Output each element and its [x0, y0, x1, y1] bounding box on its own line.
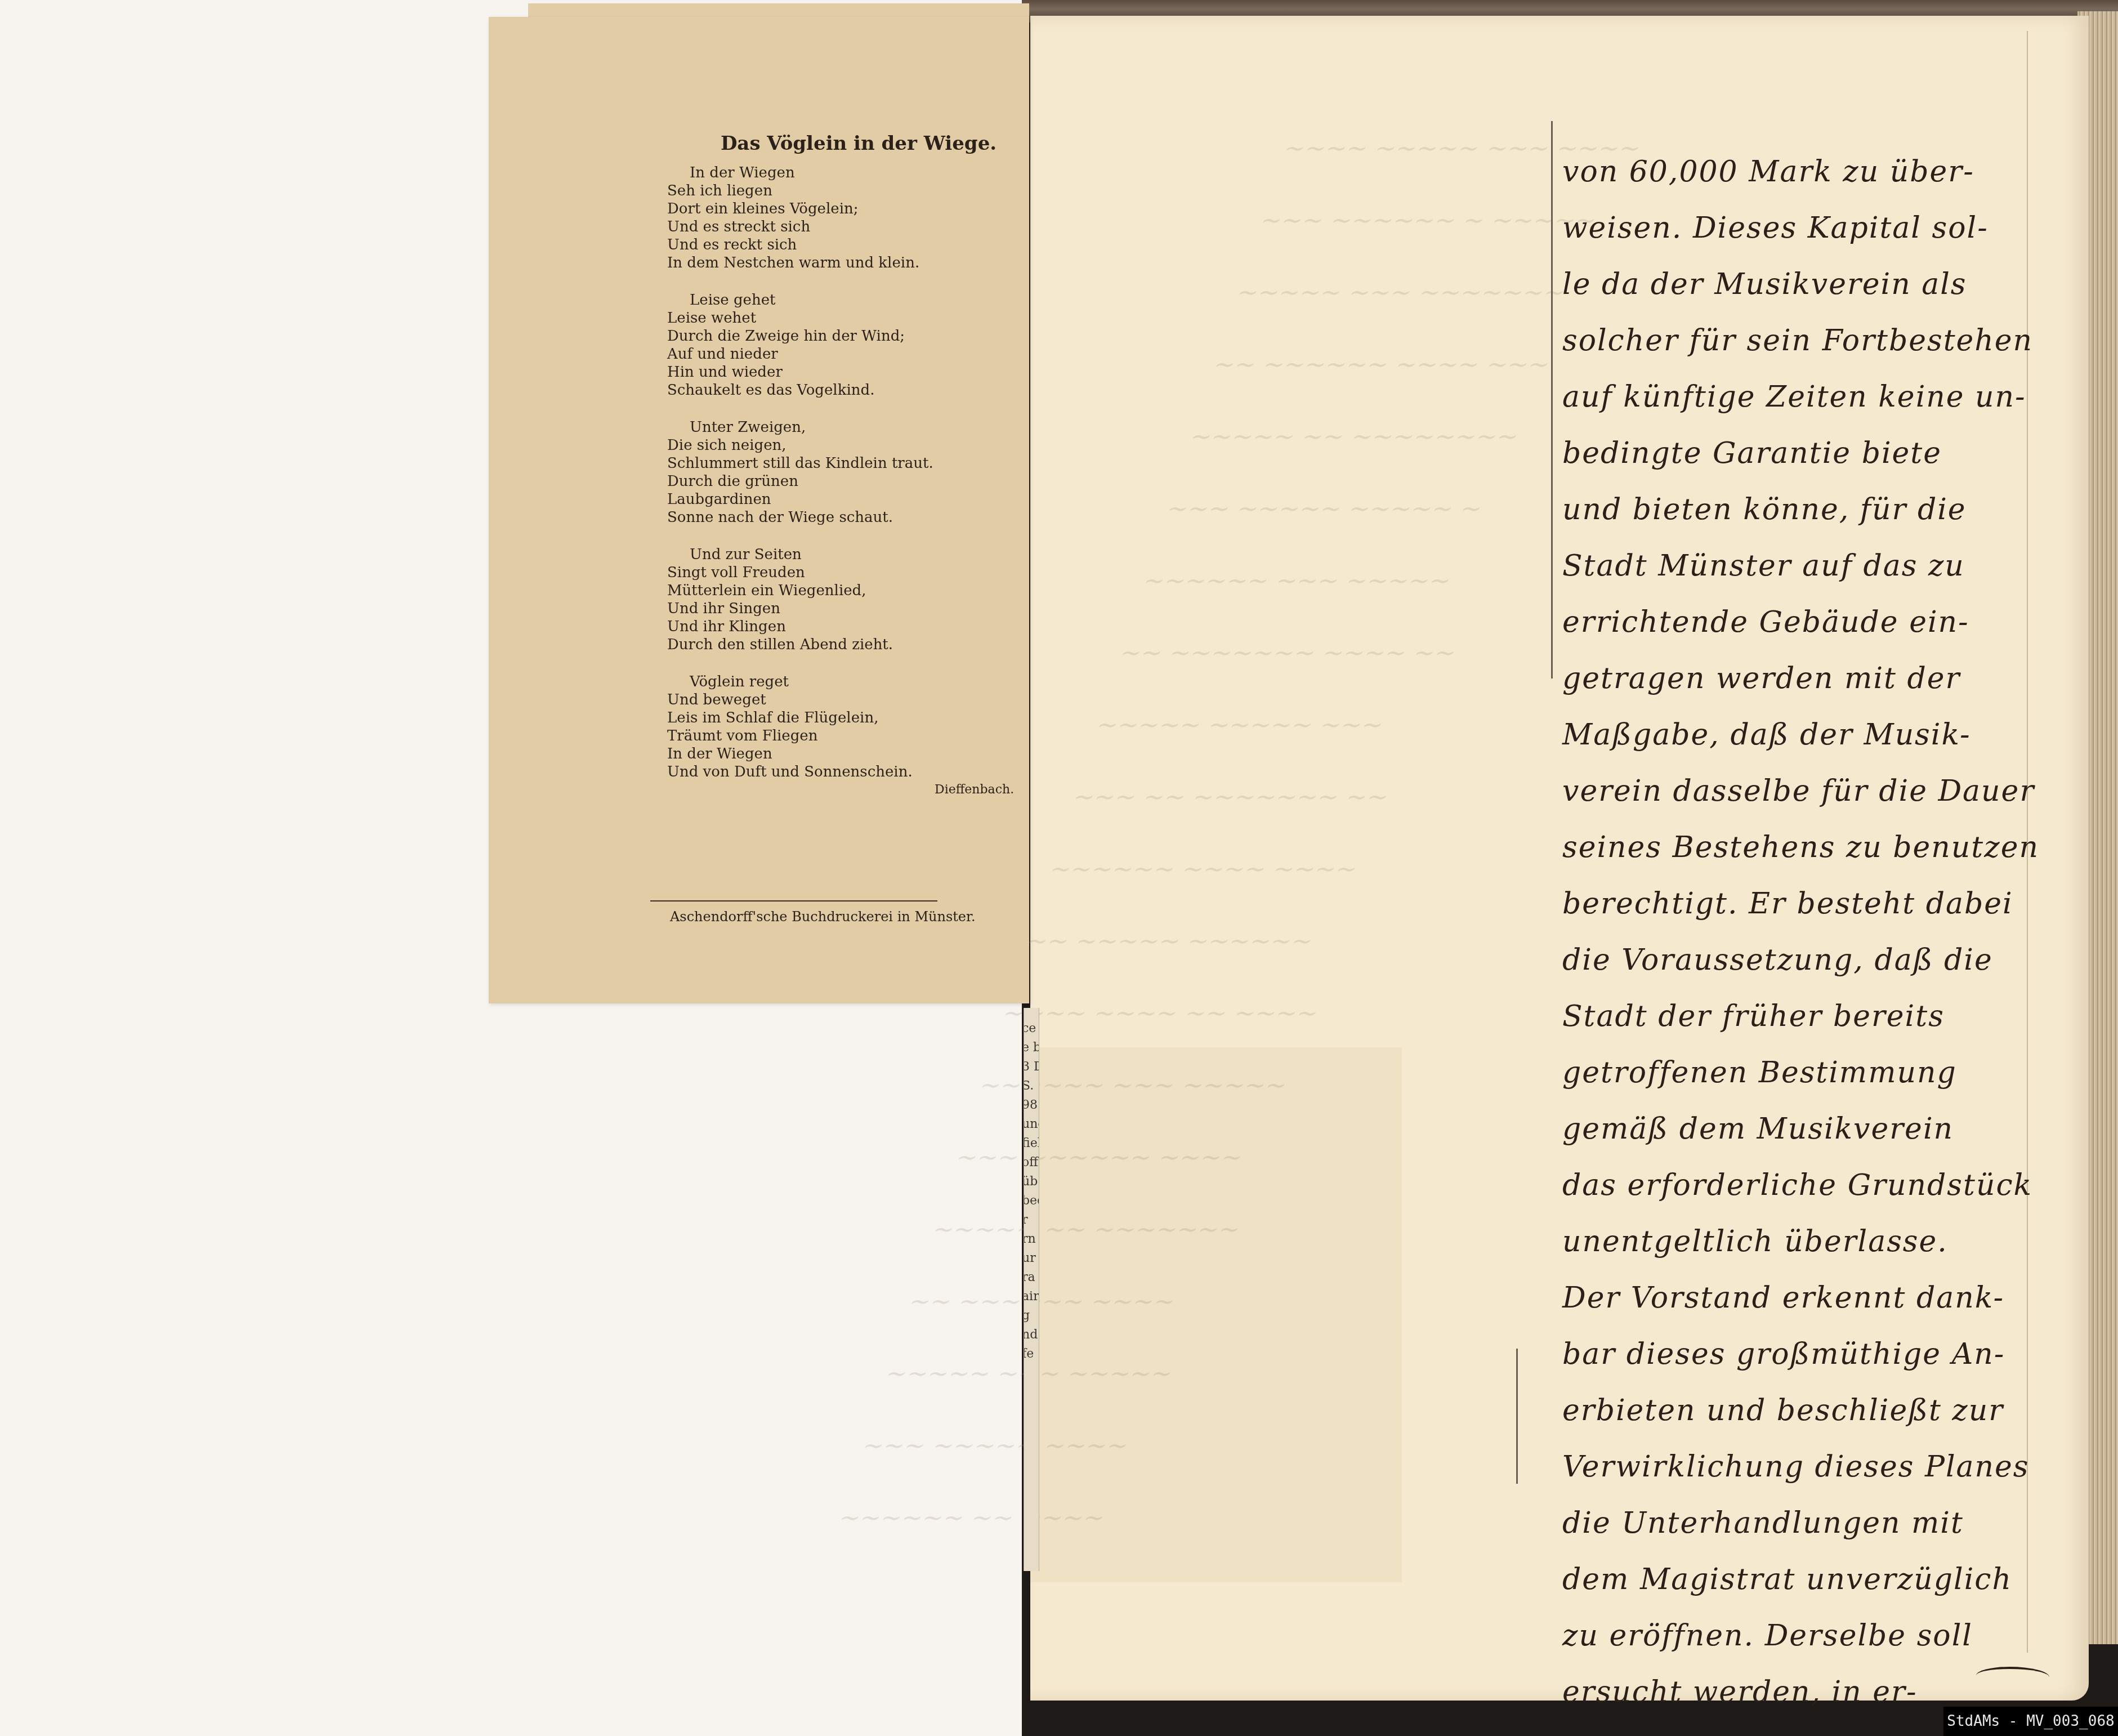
poem-line: Schlummert still das Kindlein traut.	[667, 454, 1027, 472]
handwritten-line: bar dieses großmüthige An-	[1562, 1326, 2041, 1382]
poem-line: Schaukelt es das Vogelkind.	[667, 381, 1027, 399]
margin-ink-line	[1516, 1349, 1518, 1484]
poem-line: Und ihr Klingen	[667, 618, 1027, 636]
handwritten-line: zu eröffnen. Derselbe soll	[1562, 1608, 2041, 1664]
handwritten-line: verein dasselbe für die Dauer	[1562, 763, 2041, 819]
handwritten-line: Maßgabe, daß der Musik-	[1562, 707, 2041, 763]
strip-fragment: fiel	[1024, 1134, 1039, 1153]
strip-fragment: nd	[1024, 1326, 1039, 1345]
end-flourish	[1976, 1667, 2049, 1686]
poem-line: In dem Nestchen warm und klein.	[667, 254, 1027, 272]
poem-line: Mütterlein ein Wiegenlied,	[667, 582, 1027, 600]
poem-line: Auf und nieder	[667, 345, 1027, 363]
handwritten-line: getragen werden mit der	[1562, 650, 2041, 707]
poem-line: In der Wiegen	[667, 745, 1027, 763]
handwritten-line: von 60,000 Mark zu über-	[1562, 144, 2041, 200]
strip-fragment: 3 D	[1024, 1057, 1039, 1077]
handwritten-line: die Voraussetzung, daß die	[1562, 932, 2041, 988]
poem-line: Leise wehet	[667, 309, 1027, 327]
poem-line: Durch den stillen Abend zieht.	[667, 636, 1027, 654]
poem-line: Leis im Schlaf die Flügelein,	[667, 709, 1027, 727]
handwritten-line: seines Bestehens zu benutzen	[1562, 819, 2041, 876]
handwritten-line: Verwirklichung dieses Planes	[1562, 1439, 2041, 1495]
strip-fragment: air	[1024, 1287, 1039, 1306]
poem-line: Unter Zweigen,	[667, 418, 1027, 436]
handwritten-line: berechtigt. Er besteht dabei	[1562, 876, 2041, 932]
strip-fragment: üb.	[1024, 1172, 1039, 1191]
handwritten-line: gemäß dem Musikverein	[1562, 1101, 2041, 1157]
poem: Das Vöglein in der Wiege. In der Wiegen …	[667, 132, 1027, 800]
poem-line: In der Wiegen	[667, 164, 1027, 182]
strip-fragment: offi	[1024, 1153, 1039, 1172]
handwritten-line: Stadt Münster auf das zu	[1562, 538, 2041, 594]
poem-line: Durch die Zweige hin der Wind;	[667, 327, 1027, 345]
poem-line: Und es reckt sich	[667, 236, 1027, 254]
poem-line: Die sich neigen,	[667, 436, 1027, 454]
handwritten-line: weisen. Dieses Kapital sol-	[1562, 200, 2041, 256]
poem-line: Träumt vom Fliegen	[667, 727, 1027, 745]
strip-fragment: ce il	[1024, 1019, 1039, 1038]
handwritten-line: unentgeltlich überlasse.	[1562, 1213, 2041, 1270]
poem-line: Hin und wieder	[667, 363, 1027, 381]
handwritten-line: solcher für sein Fortbestehen	[1562, 313, 2041, 369]
poem-line: Singt voll Freuden	[667, 564, 1027, 582]
poem-line: Und ihr Singen	[667, 600, 1027, 618]
strip-fragment: fe	[1024, 1345, 1039, 1364]
stanza-4: Und zur Seiten Singt voll Freuden Mütter…	[667, 546, 1027, 654]
poem-line: Sonne nach der Wiege schaut.	[667, 508, 1027, 526]
handwritten-line: die Unterhandlungen mit	[1562, 1495, 2041, 1551]
poem-line: Und es streckt sich	[667, 218, 1027, 236]
strip-fragment: ra	[1024, 1268, 1039, 1287]
strip-fragment: g	[1024, 1306, 1039, 1326]
newspaper-strip: ce il e b 3 D S. 98 und fiel offi üb. be…	[1024, 1008, 1039, 1571]
strip-fragment: S.	[1024, 1077, 1039, 1096]
poem-line: Dort ein kleines Vögelein;	[667, 200, 1027, 218]
strip-fragment: und	[1024, 1115, 1039, 1134]
poem-line: Und zur Seiten	[667, 546, 1027, 564]
printer-imprint: Aschendorff'sche Buchdruckerei in Münste…	[670, 909, 976, 925]
handwritten-line: Der Vorstand erkennt dank-	[1562, 1270, 2041, 1326]
strip-fragment: r	[1024, 1211, 1039, 1230]
handwritten-text: von 60,000 Mark zu über- weisen. Dieses …	[1562, 144, 2041, 1720]
handwritten-line: erbieten und beschließt zur	[1562, 1382, 2041, 1439]
handwritten-line: Stadt der früher bereits	[1562, 988, 2041, 1045]
handwritten-line: le da der Musikverein als	[1562, 256, 2041, 313]
stanza-3: Unter Zweigen, Die sich neigen, Schlumme…	[667, 418, 1027, 526]
stanza-2: Leise gehet Leise wehet Durch die Zweige…	[667, 291, 1027, 399]
handwritten-line: das erforderliche Grundstück	[1562, 1157, 2041, 1213]
handwritten-line: auf künftige Zeiten keine un-	[1562, 369, 2041, 425]
handwritten-line: getroffenen Bestimmung	[1562, 1045, 2041, 1101]
poem-line: Und beweget	[667, 691, 1027, 709]
poem-line: Leise gehet	[667, 291, 1027, 309]
handwritten-line: bedingte Garantie biete	[1562, 425, 2041, 481]
strip-fragment: bed	[1024, 1191, 1039, 1211]
archive-caption: StdAMs - MV_003_068	[1943, 1707, 2118, 1736]
handwritten-line: errichtende Gebäude ein-	[1562, 594, 2041, 650]
handwritten-line: und bieten könne, für die	[1562, 481, 2041, 538]
poem-line: Durch die grünen	[667, 472, 1027, 490]
strip-fragment: e b	[1024, 1038, 1039, 1057]
poem-line: Laubgardinen	[667, 490, 1027, 508]
poem-title: Das Vöglein in der Wiege.	[667, 132, 1027, 155]
strip-fragment: rn	[1024, 1230, 1039, 1249]
strip-fragment: 98	[1024, 1096, 1039, 1115]
poem-line: Vöglein reget	[667, 673, 1027, 691]
poem-author: Dieffenbach.	[935, 783, 1014, 797]
imprint-divider	[650, 900, 937, 902]
poem-line: Und von Duft und Sonnenschein.	[667, 763, 1027, 781]
margin-pencil-line	[1551, 121, 1553, 679]
stanza-5: Vöglein reget Und beweget Leis im Schlaf…	[667, 673, 1027, 781]
strip-fragment: ur	[1024, 1249, 1039, 1268]
poem-line: Seh ich liegen	[667, 182, 1027, 200]
handwritten-line: dem Magistrat unverzüglich	[1562, 1551, 2041, 1608]
stanza-1: In der Wiegen Seh ich liegen Dort ein kl…	[667, 164, 1027, 272]
